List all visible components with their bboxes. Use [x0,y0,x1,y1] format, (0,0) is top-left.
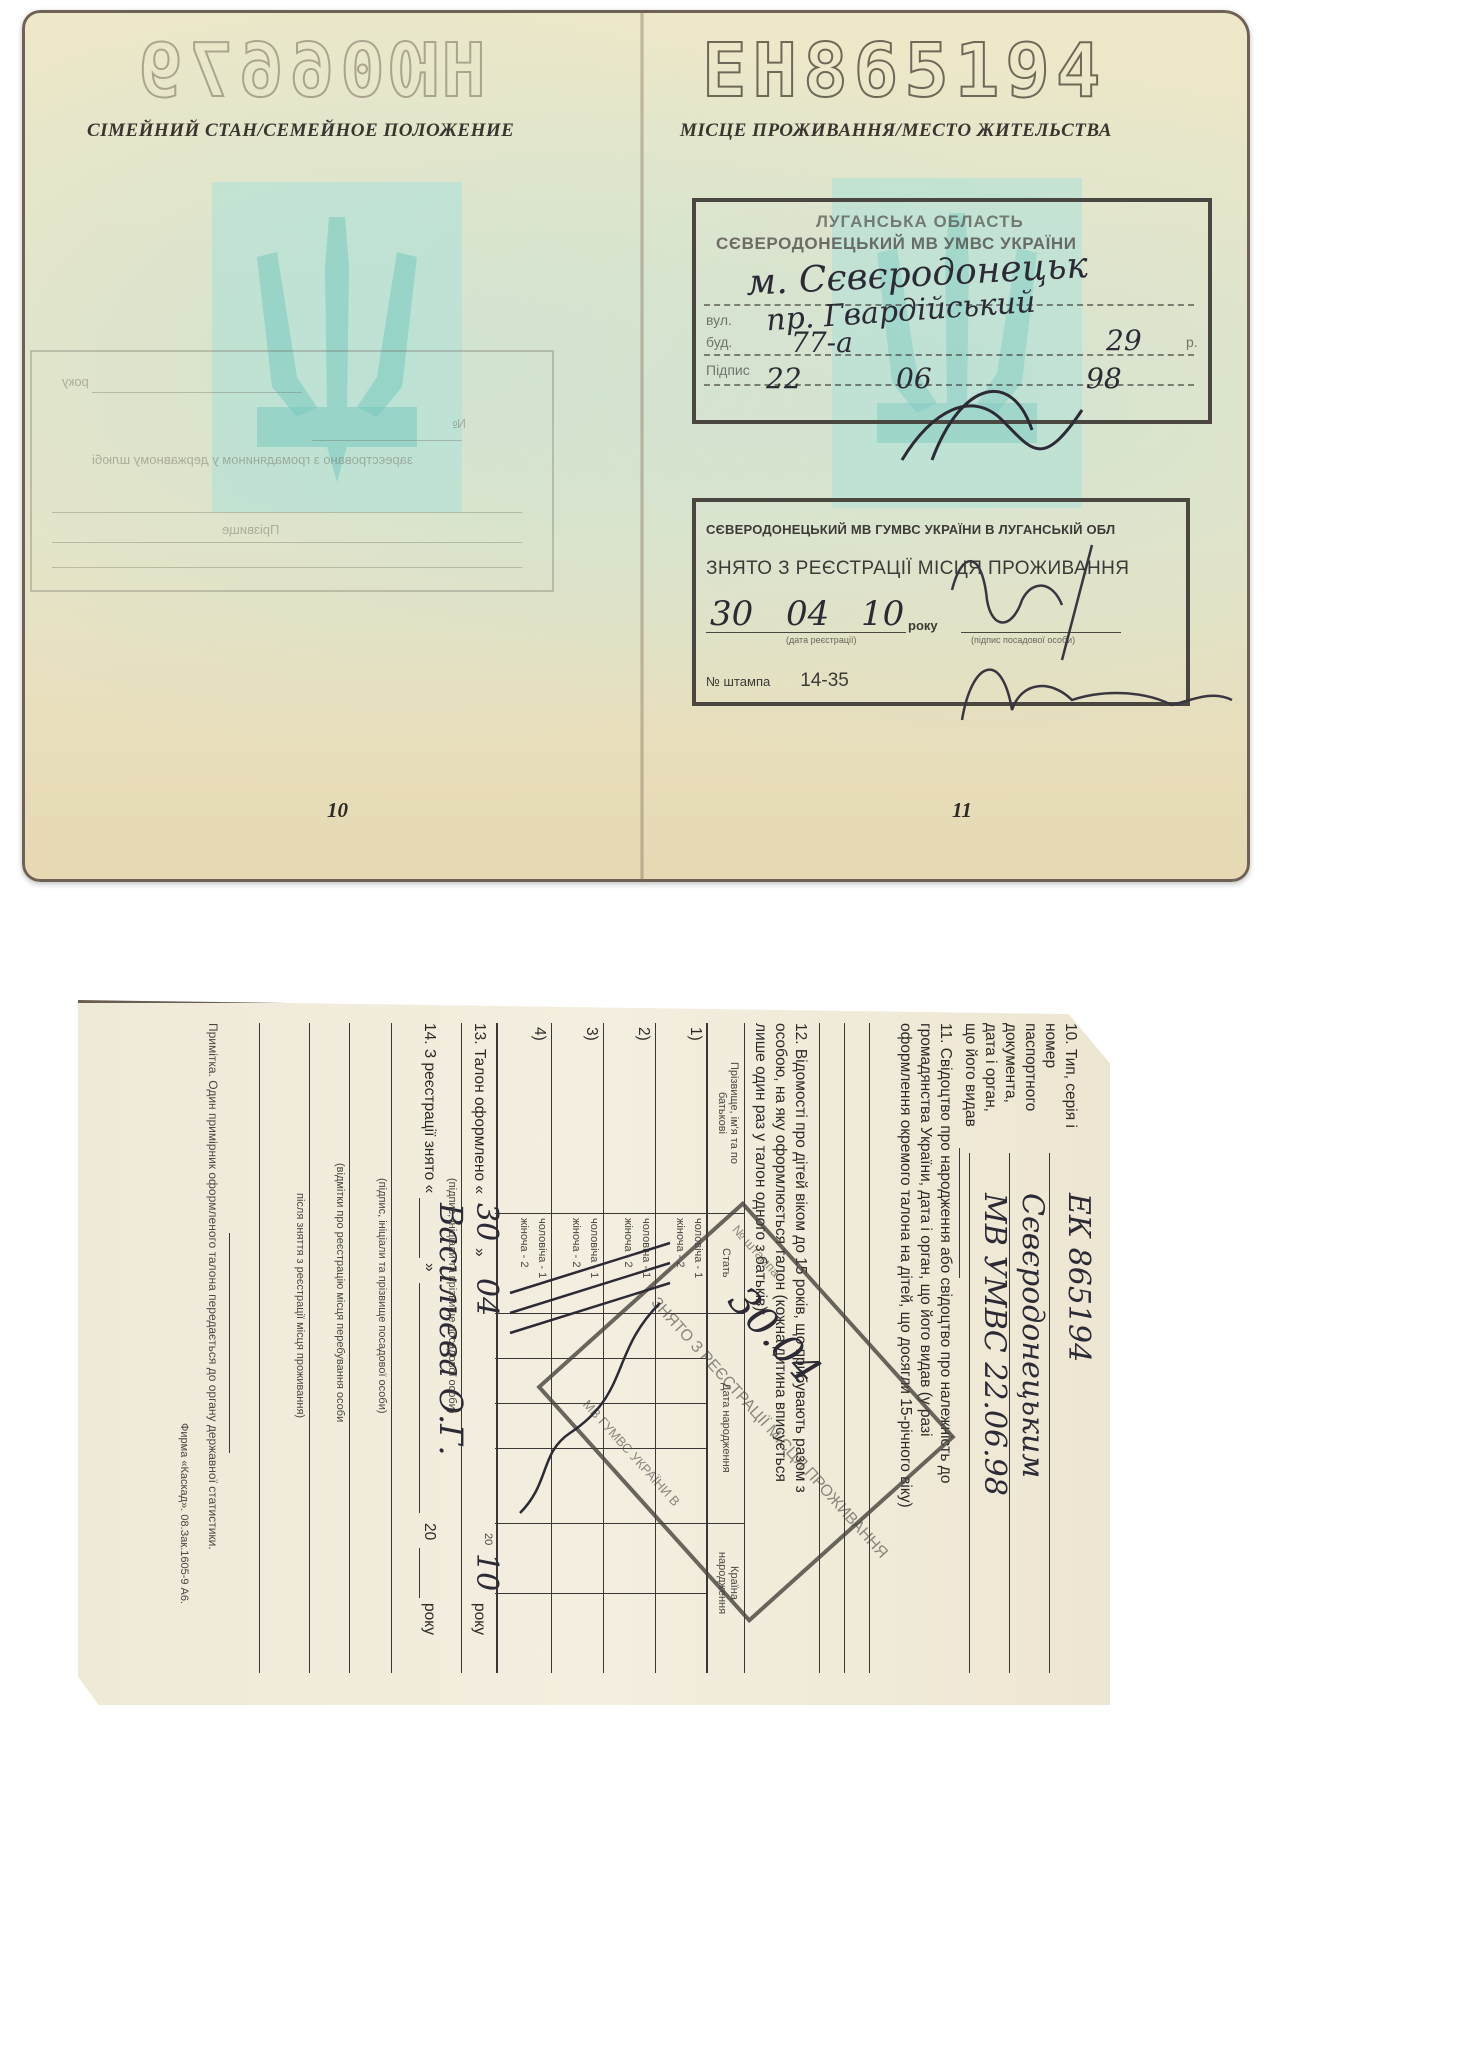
faded-stamp-text: № [452,416,466,431]
registration-slip: 10. Тип, серія і номер паспортного докум… [78,1000,1110,1702]
stamp-code-row: № штампа14-35 [706,670,849,692]
dereg-authority: СЄВЕРОДОНЕЦЬКИЙ МВ ГУМВС УКРАЇНИ В ЛУГАН… [706,522,1115,537]
faded-stamp-text: зареєстровано з громадянином у державном… [92,452,413,467]
item14-year-suffix: року [420,1603,438,1635]
item14-close-quote: » [420,1263,438,1272]
residence-heading: МІСЦЕ ПРОЖИВАННЯ/МЕСТО ЖИТЕЛЬСТВА [680,120,1112,142]
year-label: р. [1186,334,1198,350]
item13-year-suffix: року [470,1603,488,1635]
row-number: 2) [634,1027,652,1041]
faded-stamp-text: Прізвище [222,522,279,537]
signature-scribble-icon [942,540,1242,740]
item14-caption2: (відмітки про реєстрацію місця перебуван… [334,1163,346,1422]
date-caption: (дата реєстрації) [786,635,856,645]
row-number: 3) [582,1027,600,1041]
issuer-handwritten: Сєвєродонецьким [1015,1193,1050,1478]
perforated-serial-number: ЕН865194 [702,28,1106,114]
street-label: вул. [706,312,732,328]
item14-caption: (підпис, ініціали та прізвище посадової … [376,1178,388,1414]
passport-spread: НЮ06679 СІМЕЙНИЙ СТАН/СЕМЕЙНОЕ ПОЛОЖЕНИЕ… [22,10,1250,882]
faded-stamp-text: року [62,374,89,389]
perforated-serial-number: НЮ06679 [132,28,486,114]
building-label: буд. [706,334,732,350]
faded-mirrored-stamp: року № зареєстровано з громадянином у де… [30,350,554,592]
row-number: 4) [530,1027,548,1041]
slip-content-rotated: 10. Тип, серія і номер паспортного докум… [78,1003,1110,1705]
item10-line: паспортного [1020,1023,1040,1128]
dereg-month: 04 [786,594,829,634]
item10-line: номер [1040,1023,1060,1128]
issue-date-handwritten: МВ УМВС 22.06.98 [977,1193,1012,1496]
signature-scribble-icon [490,1233,690,1533]
slip-stamp-date: 30.04 [719,1278,830,1394]
col-name-header: Прізвище, ім'я та по батькові [716,1053,740,1173]
item10-line: документа, [1000,1023,1020,1128]
item10-line: 10. Тип, серія і [1060,1023,1080,1128]
item10-label: 10. Тип, серія і номер паспортного докум… [960,1023,1080,1128]
passport-page-11: ЕН865194 МІСЦЕ ПРОЖИВАННЯ/МЕСТО ЖИТЕЛЬСТ… [642,10,1250,882]
stamp-code: 14-35 [800,670,849,691]
year-suffix: року [908,618,938,633]
passport-series-handwritten: ЕК 865194 [1061,1193,1096,1362]
item13-label: 13. Талон оформлено « [470,1023,488,1194]
marital-status-heading: СІМЕЙНИЙ СТАН/СЕМЕЙНОЕ ПОЛОЖЕНИЕ [87,120,514,142]
row-number: 1) [686,1027,704,1041]
page-number: 11 [952,798,972,823]
handwritten-building: 77-а [791,326,853,359]
item14-label: 14. З реєстрації знято « [420,1023,438,1193]
item13-year-prefix: 20 [482,1533,494,1545]
dereg-year: 10 [861,594,904,634]
item13-caption: (підпис, ініціали та прізвище посадової … [446,1178,458,1414]
item10-line: що його видав [960,1023,980,1128]
page-number: 10 [327,798,348,823]
stamp-region: ЛУГАНСЬКА ОБЛАСТЬ [816,212,1024,232]
handwritten-apartment: 29 [1106,324,1142,357]
printer-imprint: Фирма «Каскад». 08.Зак.1605-9 А6. [178,1423,190,1604]
item14-caption3: після зняття з реєстрації місця проживан… [294,1193,306,1418]
item14-year-prefix: 20 [420,1523,438,1540]
signature-label: Підпис [706,362,750,378]
slip-paper: 10. Тип, серія і номер паспортного докум… [78,1000,1110,1705]
dereg-day: 30 [710,594,753,634]
item10-line: дата і орган, [980,1023,1000,1128]
signature-scribble-icon [892,370,1092,480]
item13-year: 10 [469,1553,504,1591]
passport-page-10: НЮ06679 СІМЕЙНИЙ СТАН/СЕМЕЙНОЕ ПОЛОЖЕНИЕ… [22,10,642,882]
stamp-code-label: № штампа [706,674,770,689]
slip-note: Примітка. Один примірник оформленого тал… [206,1023,220,1550]
handwritten-reg-day: 22 [766,362,802,395]
